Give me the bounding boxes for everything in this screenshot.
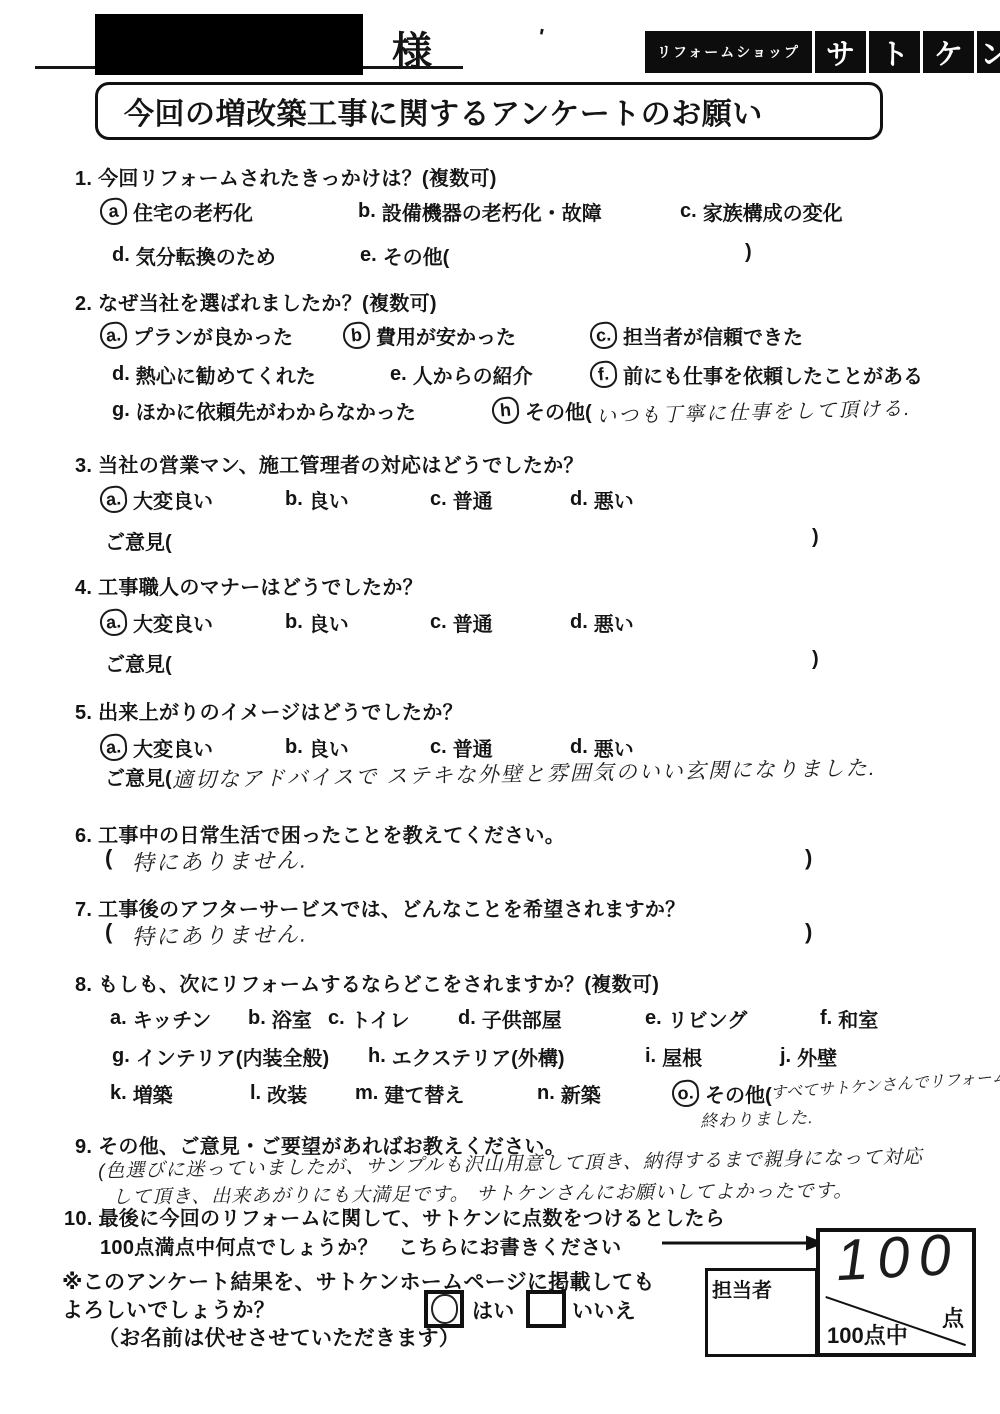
q4-option-c-label: c. [430, 611, 447, 634]
q8-option-m-text: 建て替え [384, 1079, 464, 1108]
q8-option-a-label: a. [110, 1007, 127, 1030]
q4-option-d-label: d. [570, 611, 588, 634]
q1-title: 1. 今回リフォームされたきっかけは？(複数可) [75, 162, 497, 191]
q2-option-f-text: 前にも仕事を依頼したことがある [623, 360, 923, 389]
arrow-right-icon [660, 1234, 826, 1252]
q10-line-2: 100点満点中何点でしょうか？ こちらにお書きください [100, 1231, 621, 1260]
q8-option-l-label: l. [250, 1082, 261, 1105]
q5-option-b-label: b. [285, 736, 303, 759]
score-denominator-label: 100点中 [827, 1319, 908, 1350]
q3-option-d-label: d. [570, 488, 588, 511]
q8-option-o-text: その他( [705, 1079, 772, 1108]
checkbox-no-label: いいえ [572, 1295, 636, 1325]
consent-note-line-2: よろしいでしょうか？ [62, 1294, 275, 1324]
q2-option-d-text: 熱心に勧めてくれた [136, 360, 316, 389]
q2-options-row-3: g. ほかに依頼先がわからなかった h その他( いつも丁寧に仕事をして頂ける. [0, 396, 1000, 430]
q2-other-handwritten-answer: いつも丁寧に仕事をして頂ける. [595, 392, 911, 429]
q8-option-b-label: b. [248, 1007, 266, 1030]
q1-option-b-label: b. [358, 200, 376, 223]
q2-option-h-label: h [499, 400, 512, 422]
q1-option-d-label: d. [112, 244, 130, 267]
q8-option-e: e. リビング [645, 1004, 747, 1033]
satoken-logo: リフォームショップ サ ト ケ ン。 [645, 31, 1000, 73]
logo-shop-label: リフォームショップ [645, 31, 812, 73]
q8-option-n: n. 新築 [537, 1079, 601, 1108]
q6-close-paren: ) [805, 845, 812, 871]
q8-option-g: g. インテリア(内装全般) [112, 1042, 329, 1071]
q5-title: 5. 出来上がりのイメージはどうでしたか？ [75, 696, 463, 725]
scan-artifact-mark: ' [535, 24, 546, 51]
q8-option-e-label: e. [645, 1007, 662, 1030]
q5-option-c-label: c. [430, 736, 447, 759]
q8-option-n-label: n. [537, 1082, 555, 1105]
checkbox-yes-label: はい [472, 1295, 515, 1325]
q3-option-b-text: 良い [309, 485, 349, 514]
q2-option-g-label: g. [112, 399, 130, 422]
q2-option-f: f. 前にも仕事を依頼したことがある [590, 360, 923, 389]
q4-option-b: b. 良い [285, 608, 349, 637]
q1-options-row-1: a 住宅の老朽化 b. 設備機器の老朽化・故障 c. 家族構成の変化 [0, 197, 1000, 231]
q2-option-b-label: b [350, 325, 363, 347]
q2-option-h-circle-mark: h [491, 396, 520, 425]
q1-option-d: d. 気分転換のため [112, 241, 276, 270]
q3-option-a-circle-mark: a. [99, 485, 128, 514]
q7-close-paren: ) [805, 919, 812, 945]
q5-option-a-circle-mark: a. [99, 733, 128, 762]
q2-option-h-text: その他( [525, 396, 592, 425]
q8-option-k-label: k. [110, 1082, 127, 1105]
handwritten-circle-mark [431, 1294, 458, 1324]
q8-option-o-circle-mark: o. [671, 1079, 700, 1108]
q8-option-c-text: トイレ [351, 1004, 410, 1033]
q4-opinion-label: ご意見( [105, 648, 172, 677]
q8-option-d: d. 子供部屋 [458, 1004, 562, 1033]
q2-option-c-text: 担当者が信頼できた [623, 321, 803, 350]
scanned-survey-page: 様 ' リフォームショップ サ ト ケ ン。 今回の増改築工事に関するアンケート… [0, 0, 1000, 1414]
survey-title: 今回の増改築工事に関するアンケートのお願い [124, 89, 763, 133]
q4-option-a: a. 大変良い [100, 608, 213, 637]
q8-options-row-2: g. インテリア(内装全般) h. エクステリア(外構) i. 屋根 j. 外壁 [0, 1042, 1000, 1076]
logo-char-1: サ [815, 31, 866, 73]
q8-option-m: m. 建て替え [355, 1079, 464, 1108]
q1-option-a-circle-mark: a [99, 197, 128, 226]
q3-option-a-label: a. [105, 488, 122, 510]
q2-option-a-label: a. [105, 324, 122, 346]
q3-title: 3. 当社の営業マン、施工管理者の対応はどうでしたか？ [75, 449, 584, 478]
redacted-name-block [95, 14, 363, 75]
handwritten-score-value: 100 [834, 1221, 961, 1294]
q5-option-c: c. 普通 [430, 733, 493, 762]
q7-answer-row: ( 特にありません. ) [0, 919, 1000, 953]
q5-option-b-text: 良い [309, 733, 349, 762]
q8-option-f: f. 和室 [820, 1004, 878, 1033]
q2-title: 2. なぜ当社を選ばれましたか？(複数可) [75, 287, 437, 316]
q7-handwritten-answer: 特にありません. [132, 917, 309, 951]
q2-option-g-text: ほかに依頼先がわからなかった [136, 396, 416, 425]
q3-opinion-label: ご意見( [105, 526, 172, 555]
q3-options-row: a. 大変良い b. 良い c. 普通 d. 悪い [0, 485, 1000, 519]
staff-box-label: 担当者 [712, 1274, 772, 1303]
q2-option-g: g. ほかに依頼先がわからなかった [112, 396, 416, 425]
q8-option-g-label: g. [112, 1045, 130, 1068]
q1-option-c: c. 家族構成の変化 [680, 197, 843, 226]
q8-option-a: a. キッチン [110, 1004, 211, 1033]
q8-option-i: i. 屋根 [645, 1042, 702, 1071]
q8-option-d-label: d. [458, 1007, 476, 1030]
q4-option-a-circle-mark: a. [99, 608, 128, 637]
q8-option-i-text: 屋根 [662, 1042, 702, 1071]
q1-other-close-paren: ) [745, 241, 752, 264]
q8-option-b: b. 浴室 [248, 1004, 312, 1033]
q5-opinion-label: ご意見( [105, 762, 172, 791]
survey-title-banner: 今回の増改築工事に関するアンケートのお願い [95, 82, 883, 140]
privacy-note: （お名前は伏せさせていただきます） [98, 1322, 460, 1352]
q7-open-paren: ( [105, 919, 112, 945]
q2-option-c-circle-mark: c. [589, 321, 618, 350]
q8-option-e-text: リビング [668, 1004, 748, 1033]
score-box: 100 点 100点中 [816, 1228, 976, 1357]
q3-option-d: d. 悪い [570, 485, 634, 514]
q5-option-d-label: d. [570, 736, 588, 759]
logo-char-3: ケ [923, 31, 974, 73]
q1-options-row-2: d. 気分転換のため e. その他( ) [0, 241, 1000, 275]
q2-option-b: b 費用が安かった [343, 321, 516, 350]
q8-option-k-text: 増築 [133, 1079, 173, 1108]
q8-option-l-text: 改装 [267, 1079, 307, 1108]
q2-option-b-text: 費用が安かった [376, 321, 516, 350]
q8-options-row-1: a. キッチン b. 浴室 c. トイレ d. 子供部屋 e. リビング f. … [0, 1004, 1000, 1038]
q6-open-paren: ( [105, 845, 112, 871]
q8-option-i-label: i. [645, 1045, 656, 1068]
q3-option-c-text: 普通 [453, 485, 493, 514]
q4-option-c: c. 普通 [430, 608, 493, 637]
q3-option-b: b. 良い [285, 485, 349, 514]
q8-option-b-text: 浴室 [272, 1004, 312, 1033]
q8-option-h: h. エクステリア(外構) [368, 1042, 565, 1071]
q4-option-c-text: 普通 [453, 608, 493, 637]
q2-option-a-text: プランが良かった [133, 321, 293, 350]
q6-handwritten-answer: 特にありません. [132, 843, 309, 877]
q2-option-e-label: e. [390, 363, 407, 386]
q4-option-a-label: a. [105, 611, 122, 633]
q4-option-a-text: 大変良い [133, 608, 213, 637]
q5-option-a: a. 大変良い [100, 733, 213, 762]
q1-option-e-text: その他( [383, 241, 450, 270]
q4-opinion-row: ご意見( ) [0, 648, 1000, 682]
q5-option-a-label: a. [105, 736, 122, 758]
q1-option-a: a 住宅の老朽化 [100, 197, 253, 226]
q8-option-m-label: m. [355, 1082, 378, 1105]
q8-title: 8. もしも、次にリフォームするならどこをされますか？(複数可) [75, 968, 659, 997]
q8-other-handwritten-line-2: 終わりました. [700, 1103, 815, 1132]
q7-title: 7. 工事後のアフターサービスでは、どんなことを希望されますか？ [75, 893, 685, 922]
q2-option-f-label: f. [597, 364, 610, 386]
q8-option-k: k. 増築 [110, 1079, 173, 1108]
q6-title: 6. 工事中の日常生活で困ったことを教えてください。 [75, 819, 565, 848]
q8-option-l: l. 改装 [250, 1079, 307, 1108]
q8-option-c: c. トイレ [328, 1004, 410, 1033]
q4-option-b-label: b. [285, 611, 303, 634]
q1-option-c-text: 家族構成の変化 [703, 197, 843, 226]
q2-options-row-2: d. 熱心に勧めてくれた e. 人からの紹介 f. 前にも仕事を依頼したことがあ… [0, 360, 1000, 394]
q2-option-h: h その他( いつも丁寧に仕事をして頂ける. [492, 396, 911, 425]
staff-box: 担当者 [705, 1268, 818, 1357]
q8-option-h-label: h. [368, 1045, 386, 1068]
q3-option-a: a. 大変良い [100, 485, 213, 514]
q2-options-row-1: a. プランが良かった b 費用が安かった c. 担当者が信頼できた [0, 321, 1000, 355]
honorific-label: 様 [392, 20, 432, 77]
q1-option-e: e. その他( [360, 241, 449, 270]
q4-title: 4. 工事職人のマナーはどうでしたか？ [75, 571, 423, 600]
q3-option-d-text: 悪い [594, 485, 634, 514]
q2-option-e-text: 人からの紹介 [413, 360, 533, 389]
q3-option-c: c. 普通 [430, 485, 493, 514]
logo-char-4: ン。 [977, 31, 1000, 73]
q2-option-a: a. プランが良かった [100, 321, 293, 350]
q3-option-a-text: 大変良い [133, 485, 213, 514]
q4-option-d: d. 悪い [570, 608, 634, 637]
q2-option-f-circle-mark: f. [589, 360, 618, 389]
q2-option-b-circle-mark: b [342, 321, 371, 350]
q2-option-c: c. 担当者が信頼できた [590, 321, 803, 350]
q4-options-row: a. 大変良い b. 良い c. 普通 d. 悪い [0, 608, 1000, 642]
q8-option-o-label: o. [677, 1082, 695, 1104]
q1-option-a-text: 住宅の老朽化 [133, 197, 253, 226]
score-unit-label: 点 [942, 1302, 964, 1333]
q2-option-d-label: d. [112, 363, 130, 386]
q2-option-c-label: c. [595, 324, 612, 346]
q8-option-n-text: 新築 [561, 1079, 601, 1108]
q8-option-c-label: c. [328, 1007, 345, 1030]
q8-option-o: o. その他( [672, 1079, 772, 1108]
q2-option-a-circle-mark: a. [99, 321, 128, 350]
q1-option-b: b. 設備機器の老朽化・故障 [358, 197, 602, 226]
q4-option-d-text: 悪い [594, 608, 634, 637]
q1-option-a-label: a [108, 201, 120, 223]
q8-option-g-text: インテリア(内装全般) [136, 1042, 329, 1071]
q1-option-d-text: 気分転換のため [136, 241, 276, 270]
q10-line-1: 10. 最後に今回のリフォームに関して、サトケンに点数をつけるとしたら [64, 1202, 725, 1231]
q2-option-e: e. 人からの紹介 [390, 360, 533, 389]
q1-option-b-text: 設備機器の老朽化・故障 [382, 197, 602, 226]
q8-option-d-text: 子供部屋 [482, 1004, 562, 1033]
q8-option-j-label: j. [780, 1045, 791, 1068]
q1-option-e-label: e. [360, 244, 377, 267]
q3-option-c-label: c. [430, 488, 447, 511]
q4-option-b-text: 良い [309, 608, 349, 637]
q5-option-a-text: 大変良い [133, 733, 213, 762]
q8-option-j: j. 外壁 [780, 1042, 837, 1071]
q8-option-h-text: エクステリア(外構) [392, 1042, 565, 1071]
q8-option-f-label: f. [820, 1007, 832, 1030]
q4-opinion-close-paren: ) [812, 648, 819, 671]
logo-char-2: ト [869, 31, 920, 73]
q6-answer-row: ( 特にありません. ) [0, 845, 1000, 879]
q3-opinion-close-paren: ) [812, 526, 819, 549]
q5-opinion-row: ご意見( 適切なアドバイスで ステキな外壁と雰囲気のいい玄関になりました. [0, 762, 1000, 796]
q5-option-b: b. 良い [285, 733, 349, 762]
q8-option-f-text: 和室 [838, 1004, 878, 1033]
q3-opinion-row: ご意見( ) [0, 526, 1000, 560]
checkbox-no [526, 1290, 566, 1328]
q8-option-a-text: キッチン [133, 1004, 212, 1033]
q1-option-c-label: c. [680, 200, 697, 223]
q3-option-b-label: b. [285, 488, 303, 511]
q2-option-d: d. 熱心に勧めてくれた [112, 360, 316, 389]
q8-option-j-text: 外壁 [797, 1042, 837, 1071]
